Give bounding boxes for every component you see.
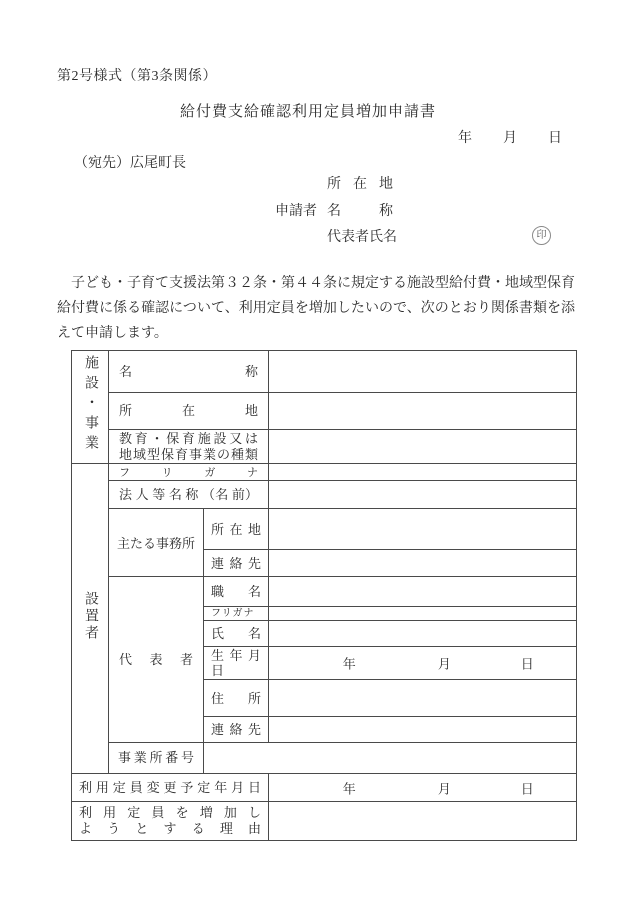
reason-label-line1: 利 用 定 員 を 増 加 し (79, 805, 261, 821)
office-number-label-cell: 事業所番号 (109, 743, 204, 774)
representative-label: 代 表 者 (109, 651, 203, 669)
facility-type-label-cell: 教育・保育施設又は 地域型保育事業の種類 (109, 430, 269, 464)
form-number: 第2号様式（第3条関係） (57, 69, 217, 86)
representative-contact-value-cell (269, 717, 577, 743)
change-date-label: 利 用 定 員 変 更 予 定 年 月 日 (72, 779, 268, 797)
founder-corp-name-label: 法 人 等 名 称 （名 前） (109, 486, 268, 504)
application-table: 施設・事業 名 称 所 在 地 教育・保育施設又は 地域型保育事業の種類 (71, 350, 577, 841)
founder-furigana-value-cell (269, 464, 577, 481)
representative-address-label-cell: 住 所 (204, 680, 269, 717)
main-office-address-value-cell (269, 509, 577, 550)
representative-birth-label: 生年月日 (204, 647, 268, 679)
seal-icon: 印 (532, 226, 551, 245)
change-date-label-cell: 利 用 定 員 変 更 予 定 年 月 日 (72, 774, 269, 802)
main-office-label: 主たる事務所 (109, 532, 203, 553)
applicant-address-label: 所 在 地 (327, 177, 393, 194)
representative-name-label: 氏 名 (204, 625, 268, 642)
facility-name-label: 名 称 (109, 363, 268, 381)
facility-name-label-cell: 名 称 (109, 351, 269, 393)
representative-label-cell: 代 表 者 (109, 577, 204, 743)
representative-contact-label: 連 絡 先 (204, 721, 268, 738)
birth-day-char: 日 (521, 654, 534, 673)
representative-name-label-cell: 氏 名 (204, 621, 269, 647)
reason-label: 利 用 定 員 を 増 加 し よ う と す る 理 由 (72, 805, 268, 837)
representative-title-label-cell: 職 名 (204, 577, 269, 607)
representative-birth-label-cell: 生年月日 (204, 647, 269, 680)
facility-address-label-cell: 所 在 地 (109, 393, 269, 430)
date-line: 年 月 日 (458, 131, 562, 148)
facility-type-value-cell (269, 430, 577, 464)
facility-type-label: 教育・保育施設又は 地域型保育事業の種類 (109, 431, 268, 463)
facility-type-label-line1: 教育・保育施設又は (119, 431, 258, 447)
body-paragraph: 子ども・子育て支援法第３２条・第４４条に規定する施設型給付費・地域型保育給付費に… (57, 271, 575, 346)
birth-year-char: 年 (343, 654, 356, 673)
facility-section-header-cell: 施設・事業 (72, 351, 109, 464)
main-office-contact-value-cell (269, 550, 577, 577)
representative-contact-label-cell: 連 絡 先 (204, 717, 269, 743)
date-month-char: 月 (503, 131, 517, 148)
founder-section-header: 設置者 (83, 591, 97, 642)
representative-birth-value-cell: 年 月 日 (269, 647, 577, 680)
facility-section-header: 施設・事業 (83, 355, 97, 455)
main-office-contact-label: 連 絡 先 (204, 555, 268, 572)
main-office-address-label-cell: 所 在 地 (204, 509, 269, 550)
applicant-name-label: 名 称 (327, 204, 393, 221)
applicant-representative-label: 代表者氏名 (327, 230, 397, 247)
founder-furigana-label: フ リ ガ ナ (109, 464, 268, 480)
facility-address-label: 所 在 地 (109, 402, 268, 420)
facility-type-label-line2: 地域型保育事業の種類 (119, 447, 258, 463)
office-number-value-cell (204, 743, 577, 774)
change-year-char: 年 (343, 778, 356, 797)
reason-label-cell: 利 用 定 員 を 増 加 し よ う と す る 理 由 (72, 802, 269, 841)
reason-label-line2: よ う と す る 理 由 (79, 821, 261, 837)
document-title: 給付費支給確認利用定員増加申請書 (0, 103, 616, 121)
representative-furigana-label: フリガナ (204, 608, 268, 620)
change-date-value-cell: 年 月 日 (269, 774, 577, 802)
representative-title-label: 職 名 (204, 583, 268, 600)
facility-address-value-cell (269, 393, 577, 430)
representative-title-value-cell (269, 577, 577, 607)
document-page: 第2号様式（第3条関係） 給付費支給確認利用定員増加申請書 年 月 日 （宛先）… (0, 0, 630, 915)
founder-corp-name-label-cell: 法 人 等 名 称 （名 前） (109, 481, 269, 509)
representative-furigana-label-cell: フリガナ (204, 607, 269, 621)
date-day-char: 日 (548, 131, 562, 148)
representative-name-value-cell (269, 621, 577, 647)
birth-month-char: 月 (438, 654, 451, 673)
representative-address-label: 住 所 (204, 690, 268, 707)
reason-value-cell (269, 802, 577, 841)
founder-furigana-label-cell: フ リ ガ ナ (109, 464, 269, 481)
addressee: （宛先）広尾町長 (74, 156, 186, 173)
applicant-group-label: 申請者 (275, 204, 317, 221)
founder-corp-name-value-cell (269, 481, 577, 509)
representative-furigana-value-cell (269, 607, 577, 621)
main-office-contact-label-cell: 連 絡 先 (204, 550, 269, 577)
office-number-label: 事業所番号 (109, 749, 203, 767)
date-year-char: 年 (458, 131, 472, 148)
representative-address-value-cell (269, 680, 577, 717)
founder-section-header-cell: 設置者 (72, 464, 109, 774)
change-day-char: 日 (521, 778, 534, 797)
main-office-label-cell: 主たる事務所 (109, 509, 204, 577)
main-office-address-label: 所 在 地 (204, 521, 268, 538)
facility-name-value-cell (269, 351, 577, 393)
change-month-char: 月 (438, 778, 451, 797)
